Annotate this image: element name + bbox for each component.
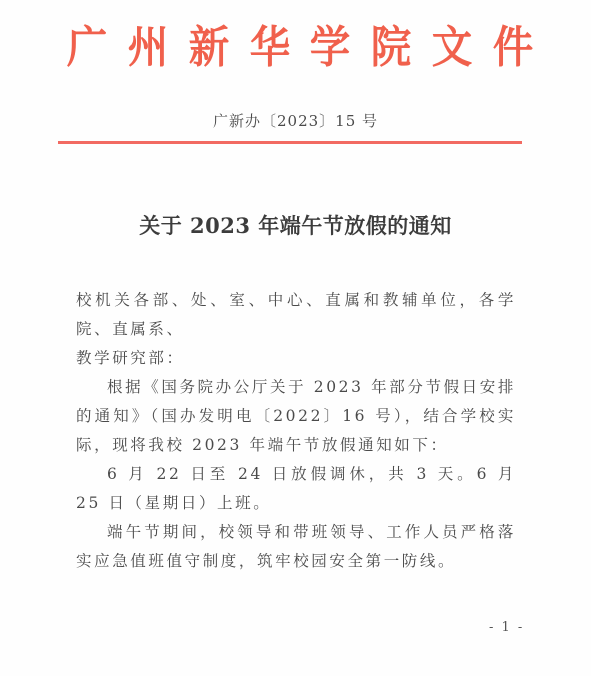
masthead-char: 学 bbox=[306, 18, 356, 78]
masthead-char: 文 bbox=[427, 18, 477, 78]
masthead-char: 州 bbox=[123, 18, 173, 78]
document-number: 广新办〔2023〕15 号 bbox=[0, 110, 591, 131]
page-number: - 1 - bbox=[489, 620, 524, 635]
masthead-char: 广 bbox=[62, 18, 112, 78]
document-page: 广 州 新 华 学 院 文 件 广新办〔2023〕15 号 关于 2023 年端… bbox=[0, 0, 591, 676]
masthead-char: 华 bbox=[245, 18, 295, 78]
addressee-line: 校机关各部、处、室、中心、直属和教辅单位，各学院、直属系、 bbox=[76, 286, 516, 344]
document-title: 关于 2023 年端午节放假的通知 bbox=[0, 210, 591, 240]
body-paragraph: 6 月 22 日至 24 日放假调休，共 3 天。6 月 25 日（星期日）上班… bbox=[76, 460, 516, 518]
addressee-line: 教学研究部： bbox=[76, 344, 516, 373]
masthead-char: 新 bbox=[184, 18, 234, 78]
masthead-title: 广 州 新 华 学 院 文 件 bbox=[60, 18, 540, 78]
body-paragraph: 根据《国务院办公厅关于 2023 年部分节假日安排的通知》（国办发明电〔2022… bbox=[76, 373, 516, 460]
masthead-char: 院 bbox=[366, 18, 416, 78]
masthead-char: 件 bbox=[488, 18, 538, 78]
red-divider-rule bbox=[58, 141, 522, 144]
body-paragraph: 端午节期间，校领导和带班领导、工作人员严格落实应急值班值守制度，筑牢校园安全第一… bbox=[76, 518, 516, 576]
document-body: 校机关各部、处、室、中心、直属和教辅单位，各学院、直属系、 教学研究部： 根据《… bbox=[76, 286, 516, 576]
